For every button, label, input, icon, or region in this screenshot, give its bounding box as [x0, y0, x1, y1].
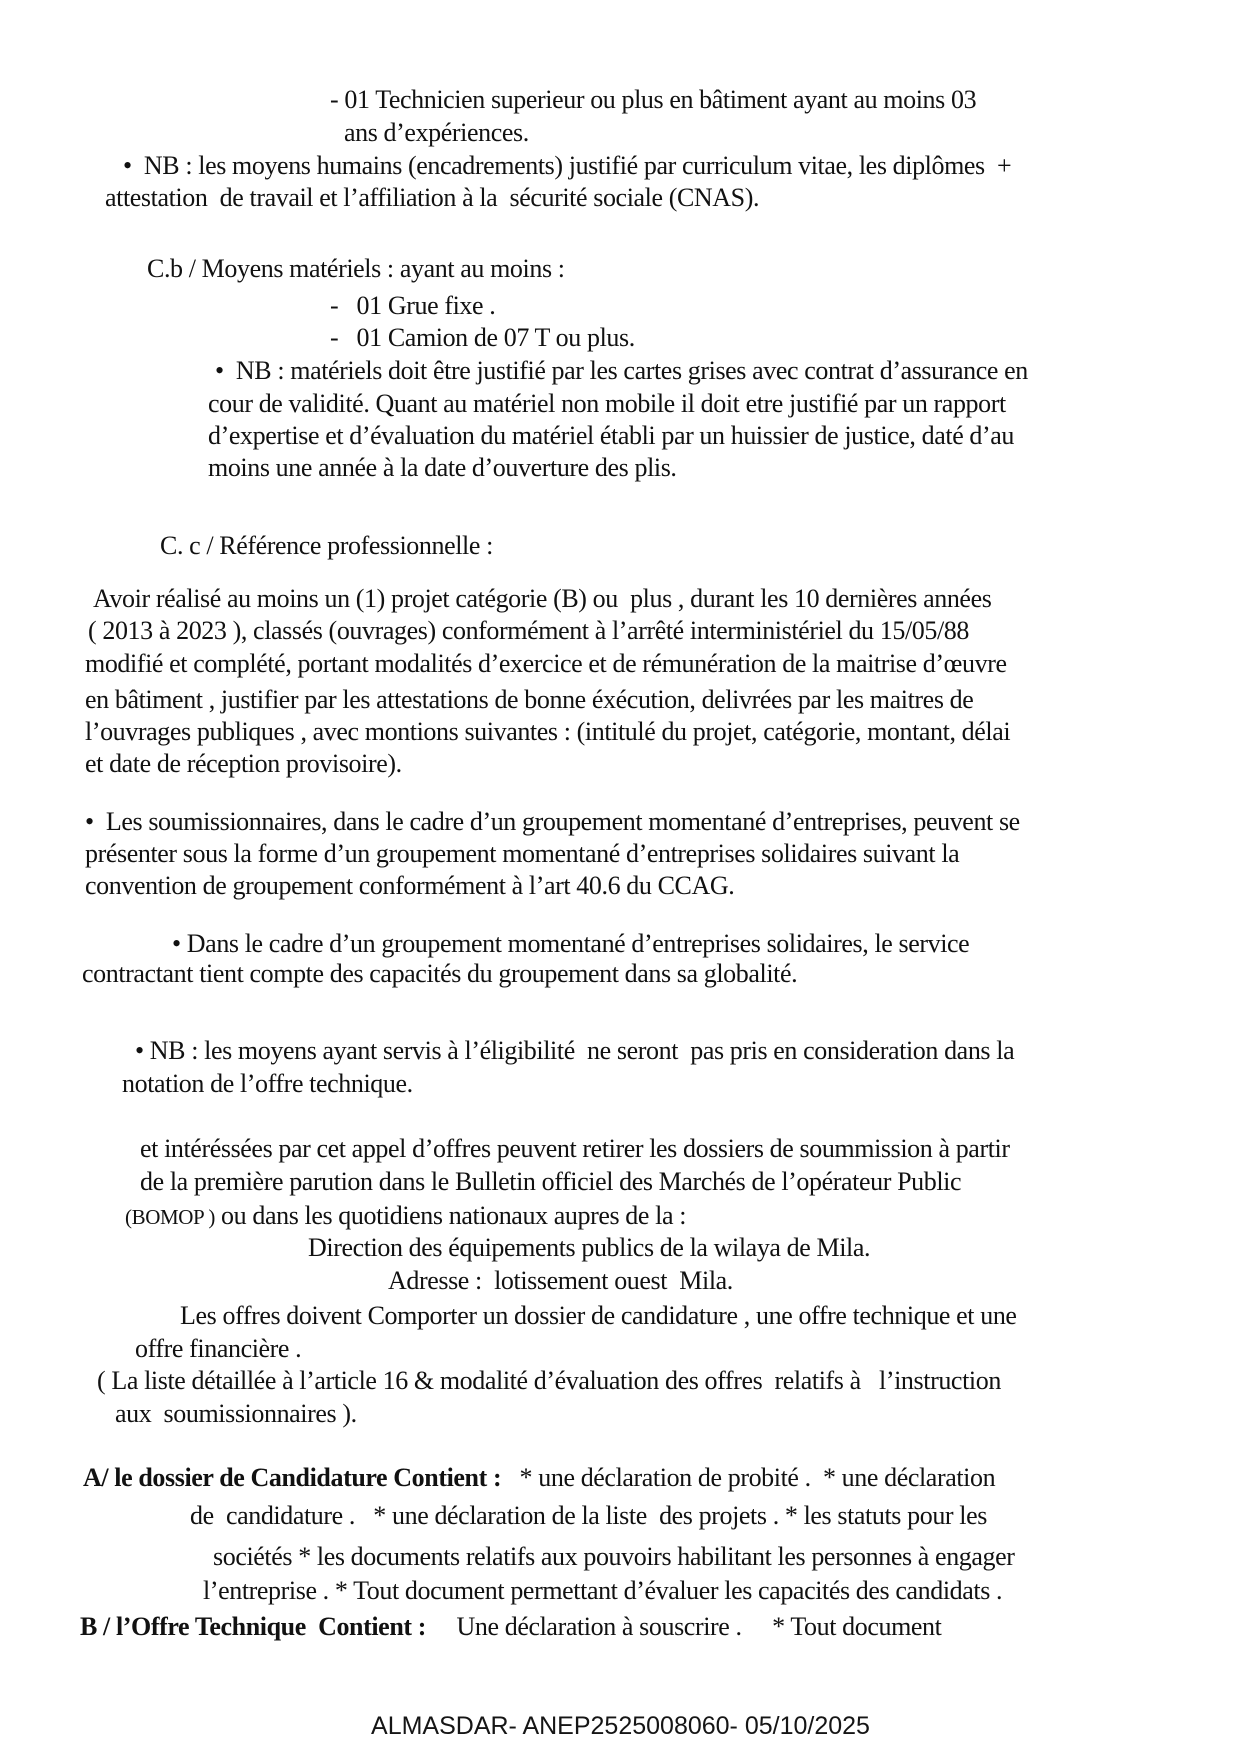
dossier-candidature-rest: * une déclaration de probité . * une déc… — [501, 1463, 995, 1492]
item-camion: - 01 Camion de 07 T ou plus. — [330, 322, 635, 354]
line-candidature-3: sociétés * les documents relatifs aux po… — [213, 1541, 1015, 1573]
line-bomop: (BOMOP ) ou dans les quotidiens nationau… — [125, 1200, 686, 1233]
heading-reference-professionnelle: C. c / Référence professionnelle : — [160, 530, 493, 562]
footer-credit: ALMASDAR- ANEP2525008060- 05/10/2025 — [0, 1712, 1241, 1741]
line-technicien-2: ans d’expériences. — [344, 117, 529, 149]
bullet-groupement-solidaire: • Dans le cadre d’un groupement momentan… — [172, 928, 969, 960]
line-presenter: présenter sous la forme d’un groupement … — [85, 838, 959, 870]
bomop-abbrev: (BOMOP ) — [125, 1205, 215, 1229]
bullet-nb-moyens-humains: • NB : les moyens humains (encadrements)… — [123, 150, 1011, 182]
offre-technique-heading: B / l’Offre Technique Contient : — [80, 1612, 426, 1641]
line-direction-equipements: Direction des équipements publics de la … — [308, 1232, 870, 1264]
line-candidature-2: de candidature . * une déclaration de la… — [190, 1500, 987, 1532]
line-offre-technique: B / l’Offre Technique Contient : Une déc… — [80, 1611, 941, 1643]
line-interessees: et intéréssées par cet appel d’offres pe… — [140, 1133, 1010, 1165]
line-candidature-4: l’entreprise . * Tout document permettan… — [203, 1575, 1002, 1607]
line-notation: notation de l’offre technique. — [122, 1068, 413, 1100]
bullet-nb-materiels: • NB : matériels doit être justifié par … — [215, 355, 1028, 387]
line-reference-4: en bâtiment , justifier par les attestat… — [85, 684, 973, 716]
line-liste-detaillee-1: ( La liste détaillée à l’article 16 & mo… — [97, 1365, 1001, 1397]
line-reference-5: l’ouvrages publiques , avec montions sui… — [85, 716, 1010, 748]
line-adresse: Adresse : lotissement ouest Mila. — [388, 1265, 733, 1297]
scanned-document-page: - 01 Technicien superieur ou plus en bât… — [0, 0, 1241, 1754]
offre-technique-rest: Une déclaration à souscrire . * Tout doc… — [426, 1612, 941, 1641]
line-cour-validite: cour de validité. Quant au matériel non … — [208, 388, 1006, 420]
line-reference-2: ( 2013 à 2023 ), classés (ouvrages) conf… — [88, 615, 969, 647]
line-offres-2: offre financière . — [135, 1333, 301, 1365]
line-contractant: contractant tient compte des capacités d… — [82, 958, 797, 990]
line-attestation: attestation de travail et l’affiliation … — [105, 182, 759, 214]
line-convention: convention de groupement conformément à … — [85, 870, 734, 902]
bullet-soumissionnaires: • Les soumissionnaires, dans le cadre d’… — [85, 806, 1020, 838]
dossier-candidature-heading: A/ le dossier de Candidature Contient : — [83, 1463, 501, 1492]
line-parution: de la première parution dans le Bulletin… — [140, 1166, 961, 1198]
line-dossier-candidature: A/ le dossier de Candidature Contient : … — [83, 1462, 995, 1494]
item-grue-fixe: - 01 Grue fixe . — [330, 290, 495, 322]
heading-moyens-materiels: C.b / Moyens matériels : ayant au moins … — [147, 253, 565, 285]
line-reference-1: Avoir réalisé au moins un (1) projet cat… — [93, 583, 991, 615]
line-technicien-1: - 01 Technicien superieur ou plus en bât… — [330, 84, 976, 116]
line-reference-6: et date de réception provisoire). — [85, 748, 402, 780]
line-bomop-rest: ou dans les quotidiens nationaux aupres … — [215, 1201, 686, 1230]
bullet-nb-eligibilite: • NB : les moyens ayant servis à l’éligi… — [135, 1035, 1014, 1067]
line-liste-detaillee-2: aux soumissionnaires ). — [115, 1398, 357, 1430]
line-offres-1: Les offres doivent Comporter un dossier … — [180, 1300, 1017, 1332]
line-expertise: d’expertise et d’évaluation du matériel … — [208, 420, 1014, 452]
line-moins-annee: moins une année à la date d’ouverture de… — [208, 452, 677, 484]
line-reference-3: modifié et complété, portant modalités d… — [85, 648, 1007, 680]
